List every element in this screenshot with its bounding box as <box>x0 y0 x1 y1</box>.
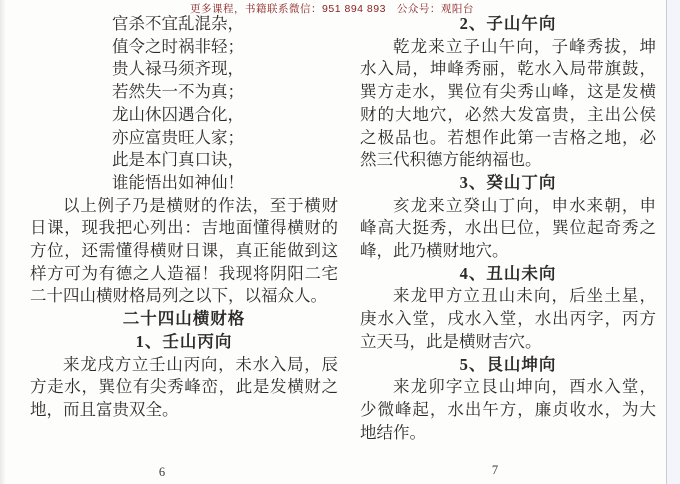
left-page: 官杀不宜乱混杂， 值令之时祸非轻； 贵人禄马须齐现， 若然失一不为真； 龙山休囚… <box>30 13 338 422</box>
page-number-right: 7 <box>485 463 505 478</box>
poem-line: 龙山休囚遇合化， <box>112 104 338 127</box>
section-body-3: 亥龙来立癸山丁向，申水来朝，申峰高大挺秀，水出巳位，巽位起奇秀之峰，此乃横财地穴… <box>360 195 656 263</box>
intro-paragraph: 以上例子乃是横财的作法，至于横财日课，现我把心列出：吉地面懂得横财的方位，还需懂… <box>30 195 338 309</box>
poem-line: 此是本门真口诀， <box>112 149 338 172</box>
scan-left-edge-shade <box>0 0 6 484</box>
poem-line: 亦应富贵旺人家； <box>112 127 338 150</box>
section-heading-4: 4、丑山未向 <box>360 263 656 286</box>
right-page: 2、子山午向 乾龙来立子山午向，子峰秀拔，坤水入局，坤峰秀丽，乾水入局带旗鼓，巽… <box>360 13 656 444</box>
poem-line: 官杀不宜乱混杂， <box>112 13 338 36</box>
section-body-1: 来龙戌方立壬山丙向，未水入局，辰方走水，巽位有尖秀峰峦，此是发横财之地，而且富贵… <box>30 354 338 422</box>
section-heading-2: 2、子山午向 <box>360 13 656 36</box>
poem-line: 值令之时祸非轻； <box>112 36 338 59</box>
section-heading-1: 1、壬山丙向 <box>30 331 338 354</box>
chapter-title: 二十四山横财格 <box>30 308 338 331</box>
poem-line: 贵人禄马须齐现， <box>112 58 338 81</box>
poem-line: 谁能悟出如神仙！ <box>112 172 338 195</box>
poem-line: 若然失一不为真； <box>112 81 338 104</box>
scanned-book-spread: 更多课程，书籍联系微信：951 894 893 公众号：观阳台 官杀不宜乱混杂，… <box>0 0 680 484</box>
page-number-left: 6 <box>152 465 172 480</box>
section-heading-3: 3、癸山丁向 <box>360 172 656 195</box>
section-body-4: 来龙甲方立丑山未向，后坐土星，庚水入堂，戌水入堂，水出丙字，丙方立天马，此是横财… <box>360 285 656 353</box>
section-heading-5: 5、艮山坤向 <box>360 354 656 377</box>
section-body-2: 乾龙来立子山午向，子峰秀拔，坤水入局，坤峰秀丽，乾水入局带旗鼓，巽方走水，巽位有… <box>360 36 656 172</box>
poem-block: 官杀不宜乱混杂， 值令之时祸非轻； 贵人禄马须齐现， 若然失一不为真； 龙山休囚… <box>30 13 338 195</box>
section-body-5: 来龙卯字立艮山坤向，酉水入堂，少微峰起，水出午方，廉贞收水，为大地结作。 <box>360 376 656 444</box>
scan-right-edge-strip <box>666 0 680 484</box>
